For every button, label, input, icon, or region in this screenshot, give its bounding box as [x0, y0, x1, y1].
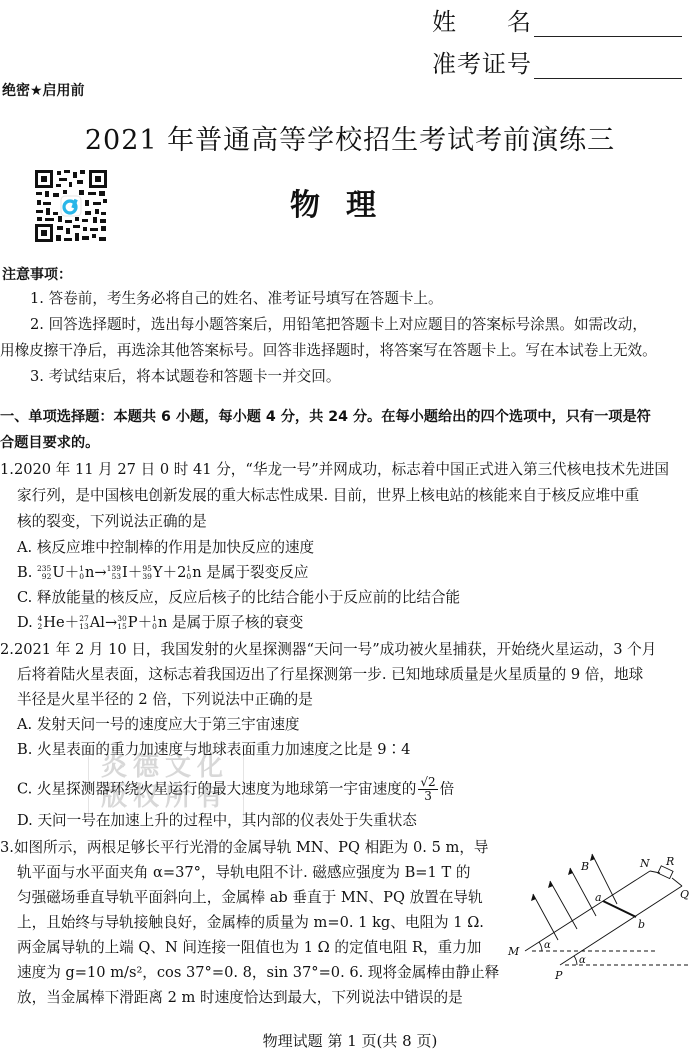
question-2-line-3: 半径是火星半径的 2 倍，下列说法中正确的是 — [17, 691, 313, 708]
qr-code-icon — [33, 168, 109, 244]
svg-text:R: R — [665, 855, 674, 868]
notice-heading: 注意事项： — [2, 264, 72, 284]
question-3-line-6: 速度为 g=10 m/s²，cos 37°=0. 8，sin 37°=0. 6.… — [17, 964, 499, 981]
svg-text:a: a — [595, 891, 602, 904]
question-3-line-3: 匀强磁场垂直导轨平面斜向上，金属棒 ab 垂直于 MN、PQ 放置在导轨 — [17, 889, 483, 906]
question-2-line-1: 2.2021 年 2 月 10 日，我国发射的火星探测器“天问一号”成功被火星捕… — [0, 641, 656, 658]
question-3-line-5: 两金属导轨的上端 Q、N 间连接一阻值也为 1 Ω 的定值电阻 R，重力加 — [17, 939, 481, 956]
question-3-line-2: 轨平面与水平面夹角 α=37°，导轨电阻不计. 磁感应强度为 B=1 T 的 — [17, 864, 470, 881]
question-2-option-a: A. 发射天问一号的速度应大于第三宇宙速度 — [17, 716, 300, 733]
question-number: 1. — [0, 461, 14, 478]
question-number: 3. — [0, 839, 14, 856]
svg-text:N: N — [639, 857, 650, 870]
svg-text:Q: Q — [680, 888, 689, 901]
notice-item-1: 1. 答卷前，考生务必将自己的姓名、准考证号填写在答题卡上。 — [30, 290, 443, 307]
question-1-line-1: 1.2020 年 11 月 27 日 0 时 41 分，“华龙一号”并网成功，标… — [0, 461, 669, 478]
svg-text:α: α — [544, 940, 551, 951]
svg-text:M: M — [507, 945, 520, 958]
question-1-stem-1: 2020 年 11 月 27 日 0 时 41 分，“华龙一号”并网成功，标志着… — [14, 461, 669, 478]
question-1-option-d: D. 42He＋2713Al→3015P＋10n 是属于原子核的衰变 — [17, 614, 303, 631]
inclined-rails-diagram: B N R Q a b M P α α — [500, 848, 700, 988]
page-title: 2021 年普通高等学校招生考试考前演练三 — [0, 118, 700, 157]
question-2-option-d: D. 天问一号在加速上升的过程中，其内部的仪表处于失重状态 — [17, 812, 417, 829]
question-1-option-b: B. 23592U＋10n→13953I＋9539Y＋210n 是属于裂变反应 — [17, 564, 308, 581]
name-label: 姓 名 — [432, 2, 532, 37]
question-2-option-c: C. 火星探测器环绕火星运行的最大速度为地球第一宇宙速度的√23倍 — [17, 776, 454, 803]
question-number: 2. — [0, 641, 14, 658]
section-heading-line-1: 一、单项选择题：本题共 6 小题，每小题 4 分，共 24 分。在每小题给出的四… — [0, 409, 651, 426]
exam-id-blank-line — [534, 57, 682, 79]
question-1-option-c: C. 释放能量的核反应，反应后核子的比结合能小于反应前的比结合能 — [17, 589, 460, 606]
question-1-line-2: 家行列，是中国核电创新发展的重大标志性成果. 目前，世界上核电站的核能来自于核反… — [17, 487, 639, 504]
exam-id-field: 准考证号 — [432, 44, 682, 79]
question-1-option-a: A. 核反应堆中控制棒的作用是加快反应的速度 — [17, 539, 314, 556]
section-heading-line-2: 合题目要求的。 — [0, 435, 99, 452]
question-2-option-b: B. 火星表面的重力加速度与地球表面重力加速度之比是 9∶4 — [17, 741, 410, 758]
notice-item-2: 2. 回答选择题时，选出每小题答案后，用铅笔把答题卡上对应题目的答案标号涂黑。如… — [30, 316, 647, 333]
question-3-line-7: 放，当金属棒下滑距离 2 m 时速度恰达到最大，下列说法中错误的是 — [17, 989, 463, 1006]
name-field: 姓 名 — [432, 2, 682, 37]
page-footer: 物理试题 第 1 页(共 8 页) — [0, 1030, 700, 1051]
question-3-line-1: 3.如图所示，两根足够长平行光滑的金属导轨 MN、PQ 相距为 0. 5 m，导 — [0, 839, 489, 856]
subject-title: 物理 — [290, 180, 402, 224]
exam-id-label: 准考证号 — [432, 44, 532, 79]
notice-item-2-continued: 用橡皮擦干净后，再选涂其他答案标号。回答非选择题时，将答案写在答题卡上。写在本试… — [0, 342, 657, 359]
svg-text:α: α — [579, 955, 586, 966]
name-blank-line — [534, 15, 682, 37]
confidential-mark: 绝密★启用前 — [2, 80, 85, 100]
fraction-sqrt2-over-3: √23 — [418, 776, 437, 803]
svg-text:P: P — [554, 969, 563, 982]
question-3-line-4: 上，且始终与导轨接触良好，金属棒的质量为 m=0. 1 kg、电阻为 1 Ω. — [17, 914, 484, 931]
question-2-line-2: 后将着陆火星表面，这标志着我国迈出了行星探测第一步. 已知地球质量是火星质量的 … — [17, 666, 643, 683]
svg-text:b: b — [638, 918, 645, 931]
label-b-field: B — [580, 860, 589, 873]
notice-item-3: 3. 考试结束后，将本试题卷和答题卡一并交回。 — [30, 368, 340, 385]
question-1-line-3: 核的裂变，下列说法正确的是 — [17, 513, 207, 530]
